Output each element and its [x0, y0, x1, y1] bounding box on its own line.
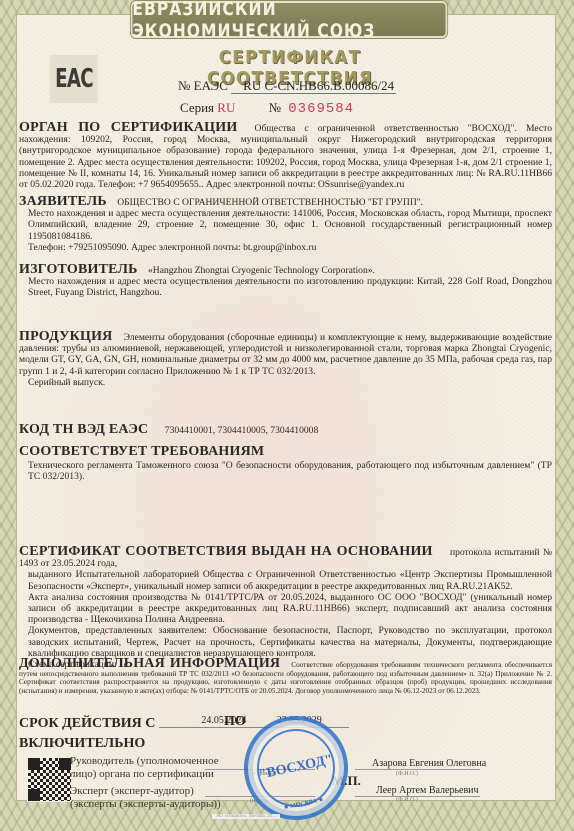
section-heading: ПРОДУКЦИЯ [19, 329, 112, 344]
head-name: Азарова Евгения Олеговна [372, 758, 486, 769]
union-banner: ЕВРАЗИЙСКИЙ ЭКОНОМИЧЕСКИЙ СОЮЗ [131, 1, 448, 38]
section-heading: ДОПОЛНИТЕЛЬНАЯ ИНФОРМАЦИЯ [19, 656, 280, 671]
blank-number: 0369584 [288, 101, 354, 117]
section-certification-body: ОРГАН ПО СЕРТИФИКАЦИИ Общества с огранич… [19, 122, 552, 190]
series-value: RU [217, 100, 235, 115]
section-applicant: ЗАЯВИТЕЛЬ ОБЩЕСТВО С ОГРАНИЧЕННОЙ ОТВЕТС… [19, 196, 552, 253]
section-additional-info: ДОПОЛНИТЕЛЬНАЯ ИНФОРМАЦИЯ Соответствие о… [19, 660, 552, 695]
section-basis: СЕРТИФИКАТ СООТВЕТСТВИЯ ВЫДАН НА ОСНОВАН… [19, 546, 552, 670]
eac-logo: ЕАС [50, 55, 98, 103]
section-heading: ЗАЯВИТЕЛЬ [19, 194, 107, 209]
certificate-page: ЕВРАЗИЙСКИЙ ЭКОНОМИЧЕСКИЙ СОЮЗ ЕАС СЕРТИ… [0, 0, 574, 831]
expert-name: Леер Артем Валерьевич [376, 785, 479, 796]
registration-number: № ЕАЭС RU C-CN.НВ66.В.00086/24 [178, 78, 396, 94]
section-hs-code: КОД ТН ВЭД ЕАЭС 7304410001, 7304410005, … [19, 424, 552, 436]
stamp-text: "ВОСХОД" [258, 752, 335, 783]
section-heading: СЕРТИФИКАТ СООТВЕТСТВИЯ ВЫДАН НА ОСНОВАН… [19, 544, 433, 559]
section-conforms: СООТВЕТСТВУЕТ ТРЕБОВАНИЯМ Технического р… [19, 446, 552, 483]
stamp-city: ★ МОСКВА ★ [283, 796, 324, 811]
section-product: ПРОДУКЦИЯ Элементы оборудования (сборочн… [19, 331, 552, 388]
eac-logo-text: ЕАС [55, 64, 93, 94]
printer-imprint: АО «Опцион», Москва, 20... [212, 814, 280, 819]
section-heading: ИЗГОТОВИТЕЛЬ [19, 262, 138, 277]
registration-number-value: RU C-CN.НВ66.В.00086/24 [231, 78, 396, 94]
section-heading: ОРГАН ПО СЕРТИФИКАЦИИ [19, 120, 237, 135]
qr-code[interactable] [27, 757, 72, 802]
series-line: Серия RU № 0369584 [180, 100, 354, 117]
head-label: Руководитель (уполномоченное лицо) орган… [70, 755, 219, 780]
section-heading: СООТВЕТСТВУЕТ ТРЕБОВАНИЯМ [19, 446, 552, 457]
head-name-line [355, 769, 480, 770]
section-manufacturer: ИЗГОТОВИТЕЛЬ «Hangzhou Zhongtai Cryogeni… [19, 264, 552, 299]
section-heading: КОД ТН ВЭД ЕАЭС [19, 422, 148, 437]
expert-label: Эксперт (эксперт-аудитор) (эксперты (экс… [70, 785, 221, 810]
